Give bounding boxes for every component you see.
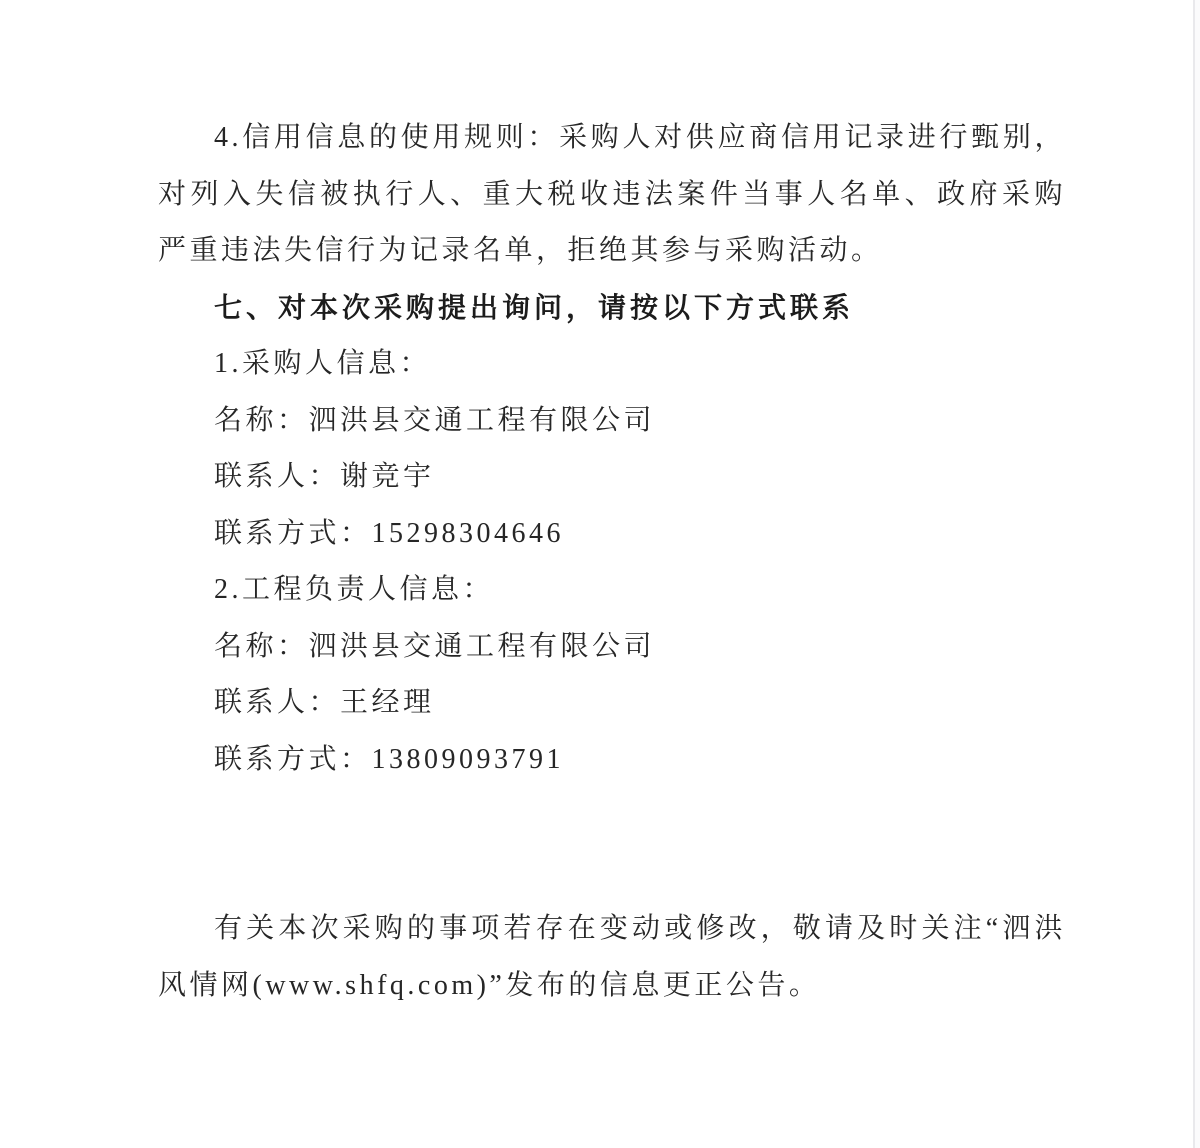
purchaser-name-line: 名称：泗洪县交通工程有限公司 — [158, 393, 1066, 450]
document-page: 4.信用信息的使用规则：采购人对供应商信用记录进行甄别，对列入失信被执行人、重大… — [0, 0, 1200, 1148]
paragraph-gap — [158, 788, 1066, 901]
section-heading-contact-methods: 七、对本次采购提出询问，请按以下方式联系 — [158, 280, 1066, 337]
manager-phone-line: 联系方式：13809093791 — [158, 732, 1066, 789]
manager-name-line: 名称：泗洪县交通工程有限公司 — [158, 619, 1066, 676]
change-notice-paragraph: 有关本次采购的事项若存在变动或修改，敬请及时关注“泗洪风情网(www.shfq.… — [158, 901, 1066, 1014]
manager-info-title: 2.工程负责人信息： — [158, 562, 1066, 619]
manager-contact-line: 联系人：王经理 — [158, 675, 1066, 732]
purchaser-contact-line: 联系人：谢竞宇 — [158, 449, 1066, 506]
purchaser-phone-line: 联系方式：15298304646 — [158, 506, 1066, 563]
paragraph-credit-info-rules: 4.信用信息的使用规则：采购人对供应商信用记录进行甄别，对列入失信被执行人、重大… — [158, 110, 1066, 280]
purchaser-info-title: 1.采购人信息： — [158, 336, 1066, 393]
page-right-edge-line — [1193, 0, 1200, 1148]
document-content: 4.信用信息的使用规则：采购人对供应商信用记录进行甄别，对列入失信被执行人、重大… — [0, 0, 1066, 1014]
